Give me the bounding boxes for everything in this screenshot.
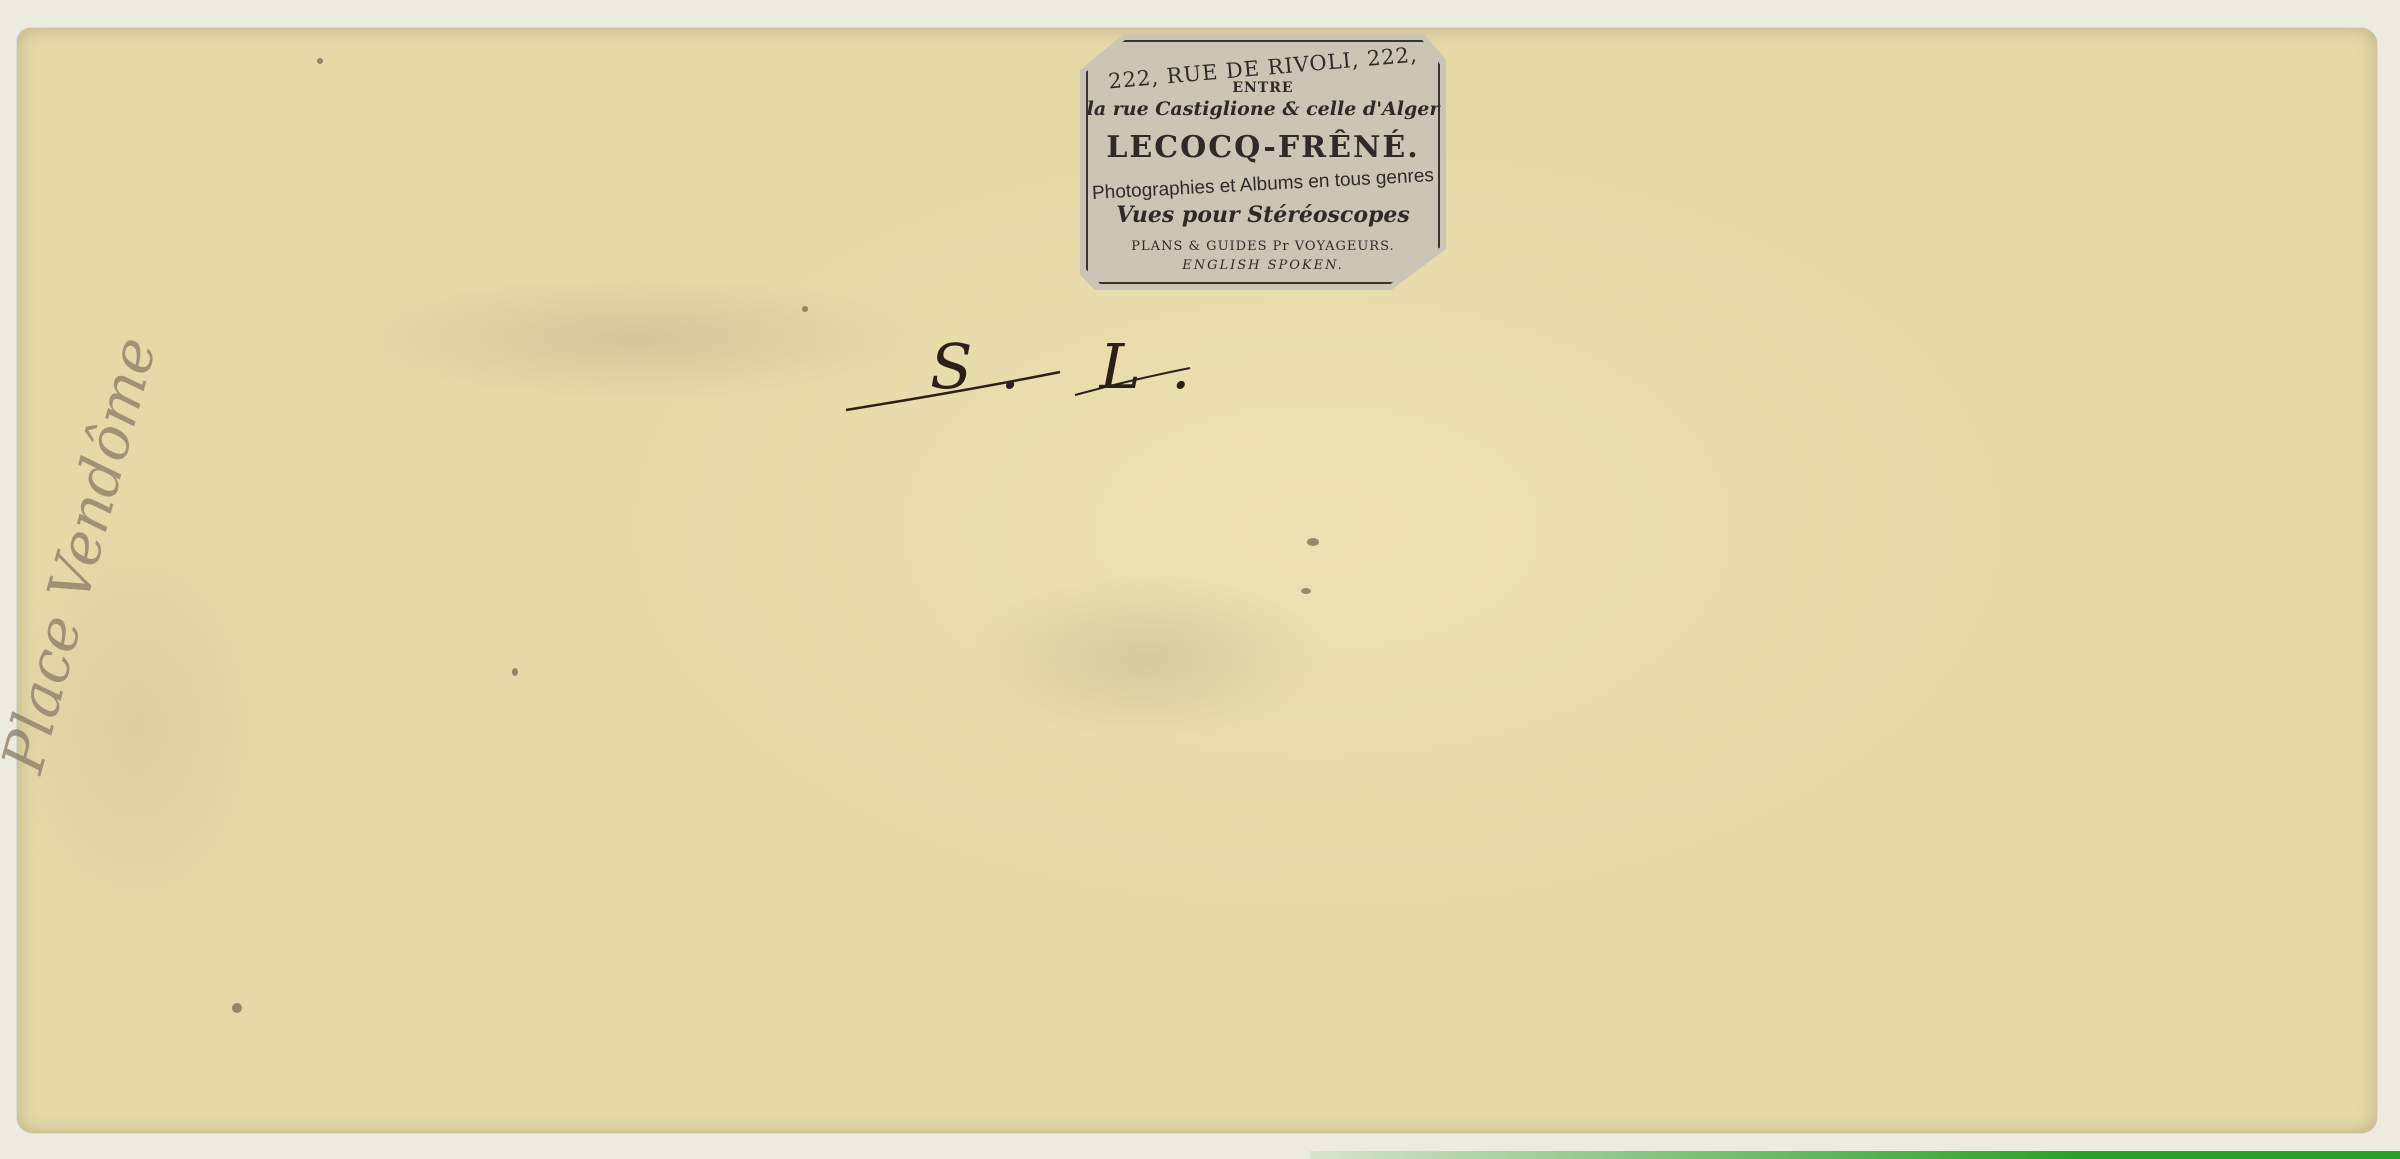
paper-spot	[1307, 538, 1319, 546]
bottom-accent-bar	[1310, 1151, 2400, 1159]
paper-spot	[317, 58, 323, 64]
paper-spot	[232, 1003, 242, 1013]
label-streets: la rue Castiglione & celle d'Alger	[1080, 98, 1446, 120]
paper-spot	[1301, 588, 1311, 594]
photographer-stamp-label: 222, RUE DE RIVOLI, 222, ENTRE la rue Ca…	[1080, 34, 1446, 290]
label-entre: ENTRE	[1080, 80, 1446, 96]
label-stereo: Vues pour Stéréoscopes	[1080, 202, 1446, 228]
label-english: ENGLISH SPOKEN.	[1080, 258, 1446, 273]
label-guides: PLANS & GUIDES Pr VOYAGEURS.	[1080, 239, 1446, 254]
label-studio-name: LECOCQ-FRÊNÉ.	[1080, 130, 1446, 165]
paper-spot	[802, 306, 808, 312]
signature-initials: S. L.	[810, 310, 1250, 430]
signature-text: S. L.	[930, 330, 1221, 403]
paper-spot	[512, 668, 518, 676]
